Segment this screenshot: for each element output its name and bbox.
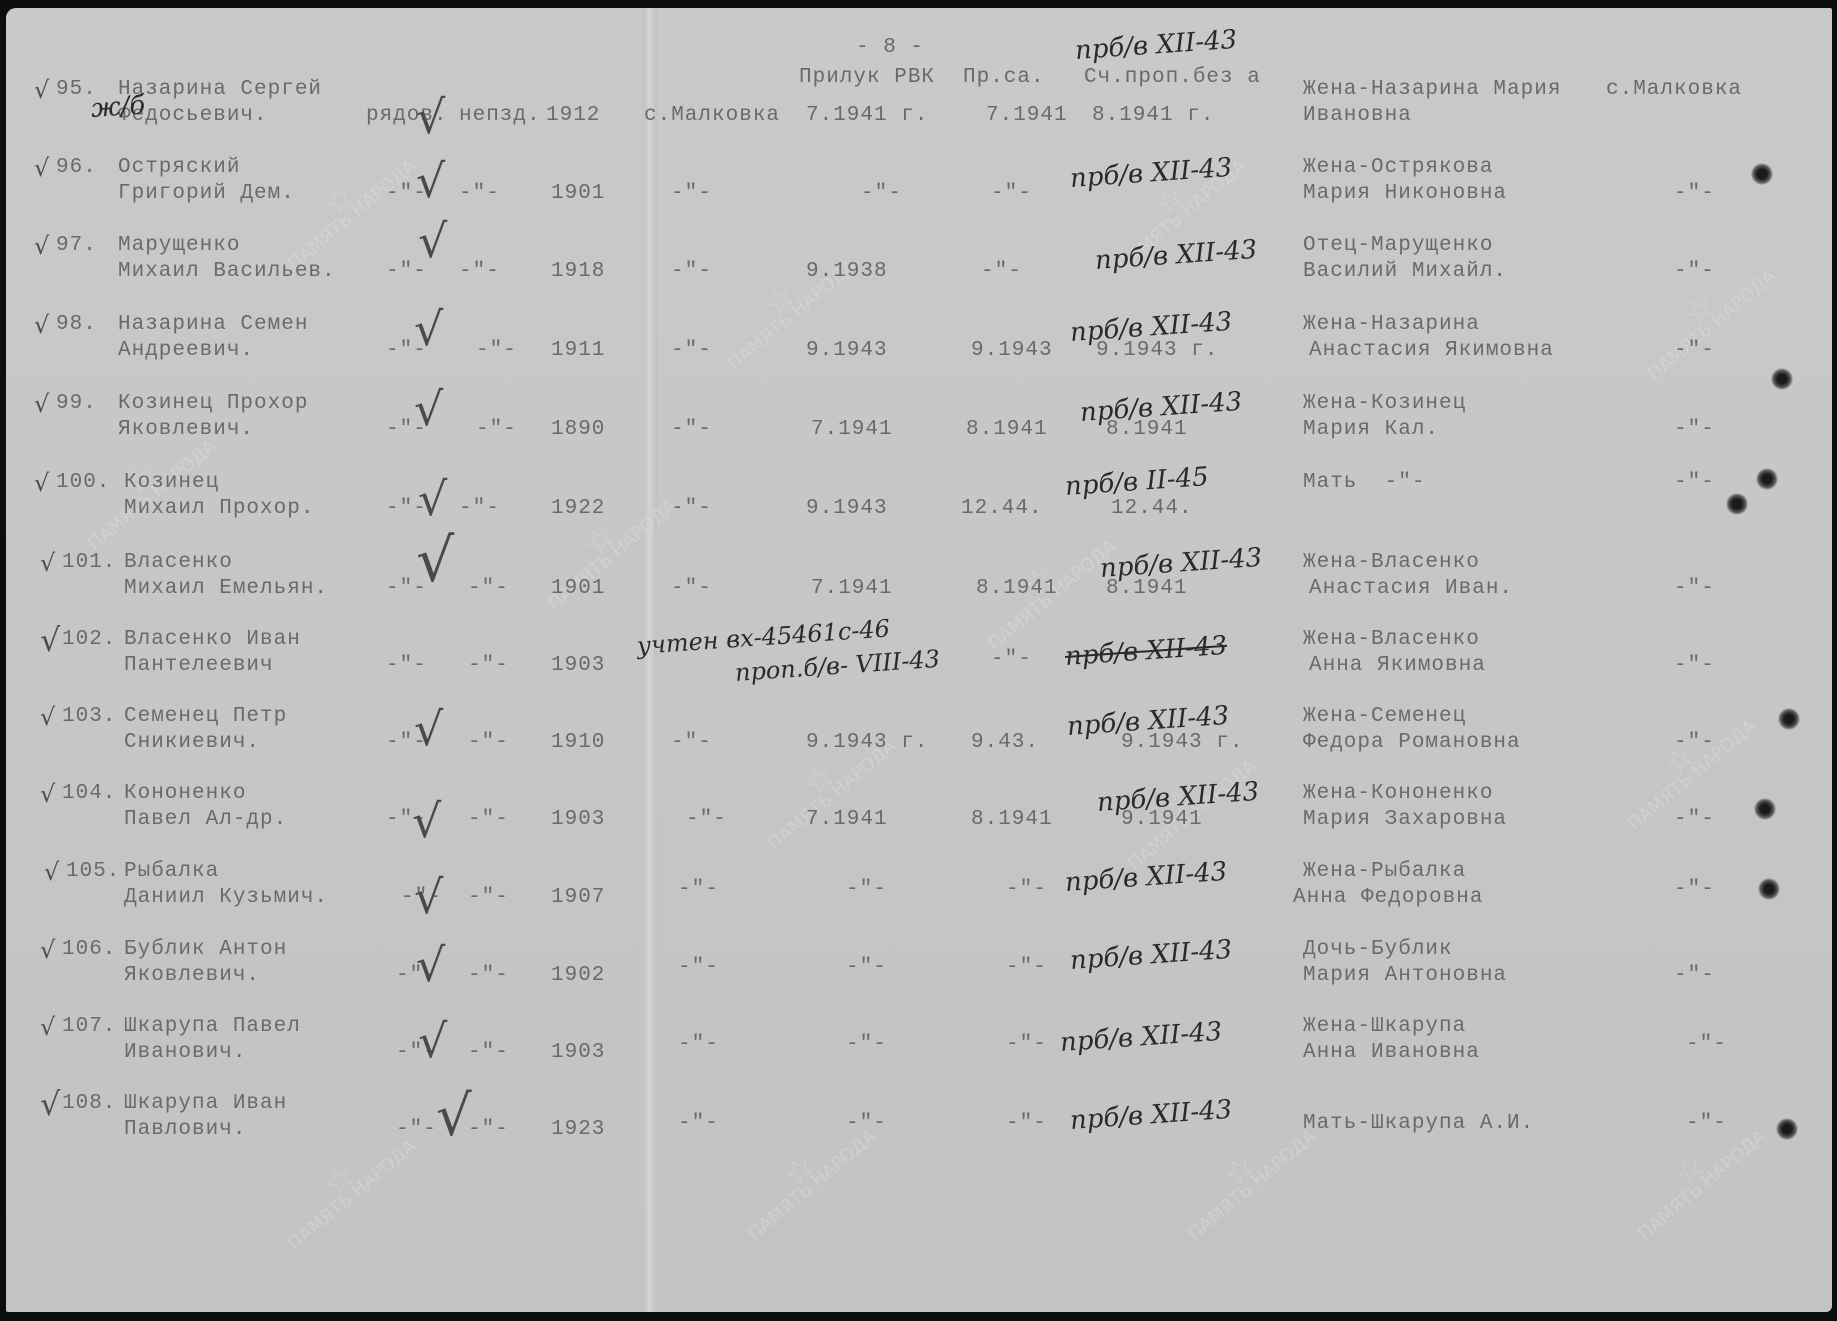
check-mark: √ [414,386,443,432]
row-tick-mark: √ [34,392,49,416]
date-called: 9.1943 г. [806,731,928,755]
rank: -"- [396,1118,437,1142]
birth-year: 1907 [551,886,605,910]
birth-year: 1918 [551,260,605,284]
handwritten-missing-note: проп.б/в- VIII-43 [734,646,941,686]
soldier-patronymic: Григорий Дем. [118,182,295,206]
watermark: ☆ПАМЯТЬ НАРОДА [1172,1111,1320,1245]
row-tick-mark: √ [34,313,49,337]
party: -"- [476,418,517,442]
soldier-name: Власенко Иван [124,628,301,652]
date-service: -"- [1006,1033,1047,1057]
row-tick-mark: √ [40,938,55,962]
relative-name: Жена-Власенко [1303,551,1480,575]
soldier-name: Шкарупа Иван [124,1092,287,1116]
soldier-name: Козинец Прохор [118,392,308,416]
soldier-name: Козинец [124,471,219,495]
birth-place: -"- [671,182,712,206]
birth-year: 1910 [551,731,605,755]
relative-name: Жена-Шкарупа [1303,1015,1466,1039]
soldier-name: Остряский [118,156,240,180]
date-service: -"- [981,260,1022,284]
date-service: 8.1941 [971,808,1053,832]
check-mark: √ [414,306,443,352]
handwritten-status: прб/в XII-43 [1074,27,1238,64]
soldier-patronymic: Михаил Прохор. [124,497,314,521]
birth-place: -"- [678,1112,719,1136]
row-number: 106. [62,938,116,962]
relative-name: Отец-Марущенко [1303,234,1493,258]
date-called: -"- [846,956,887,980]
soldier-patronymic: Даниил Кузьмич. [124,886,328,910]
row-tick-mark: √ [40,551,55,575]
soldier-patronymic: Пантелеевич [124,654,274,678]
soldier-name: Назарина Семен [118,313,308,337]
row-tick-mark: √ [34,156,49,180]
relative-address: -"- [1674,339,1715,363]
soldier-patronymic: Сникиевич. [124,731,260,755]
party: -"- [468,964,509,988]
birth-place: -"- [671,577,712,601]
date-called: -"- [861,182,902,206]
handwritten-status: прб/в II-45 [1064,464,1209,500]
relative-patronymic: Анна Федоровна [1293,886,1483,910]
relative-name: Жена-Семенец [1303,705,1466,729]
soldier-patronymic: Михаил Васильев. [118,260,336,284]
date-called: 7.1941 г. [806,104,928,128]
row-number: 107. [62,1015,116,1039]
birth-place: с.Малковка [644,104,780,128]
birth-year: 1890 [551,418,605,442]
soldier-name: Кононенко [124,782,246,806]
soldier-patronymic: Андреевич. [118,339,254,363]
date-service: -"- [1006,956,1047,980]
relative-patronymic: Мария Кал. [1303,418,1439,442]
relative-address: -"- [1674,731,1715,755]
page-number: - 8 - [856,36,924,60]
relative-address: -"- [1674,182,1715,206]
date-service: 12.44. [961,497,1043,521]
birth-place: -"- [671,731,712,755]
relative-patronymic: Анастасия Иван. [1309,577,1513,601]
relative-name: Жена-Острякова [1303,156,1493,180]
row-tick-mark: √ [40,1015,55,1039]
header-pr-sa: Пр.са. [963,66,1045,90]
soldier-patronymic: Михаил Емельян. [124,577,328,601]
relative-patronymic: Федора Романовна [1303,731,1521,755]
soldier-patronymic: Павел Ал-др. [124,808,287,832]
check-mark: √ [414,706,443,752]
relative-patronymic: Мария Никоновна [1303,182,1507,206]
relative-name: Мать-Шкарупа А.И. [1303,1112,1534,1136]
party: -"- [468,577,509,601]
header-sch-propal: Сч.проп.без а [1084,66,1261,90]
soldier-name: Шкарупа Павел [124,1015,301,1039]
date-called: -"- [846,1033,887,1057]
relative-address: -"- [1686,1112,1727,1136]
soldier-name: Семенец Петр [124,705,287,729]
birth-year: 1901 [551,577,605,601]
relative-patronymic: Мария Захаровна [1303,808,1507,832]
relative-address: -"- [1674,577,1715,601]
watermark: ☆ПАМЯТЬ НАРОДА [272,141,420,275]
soldier-patronymic: Яковлевич. [118,418,254,442]
date-service: 8.1941 [966,418,1048,442]
relative-name: Мать -"- [1303,471,1425,495]
party: -"- [468,886,509,910]
soldier-name: Власенко [124,551,233,575]
row-number: 102. [62,628,116,652]
relative-address: -"- [1674,964,1715,988]
rank: -"- [386,654,427,678]
birth-year: 1911 [551,339,605,363]
date-service: 7.1941 [986,104,1068,128]
relative-address: с.Малковка [1606,78,1742,102]
row-tick-mark: √ [40,1092,60,1116]
handwritten-status: прб/в XII-43 [1069,1097,1233,1134]
party: -"- [468,808,509,832]
birth-year: 1903 [551,654,605,678]
handwritten-note: ж/б [90,92,146,122]
relative-address: -"- [1674,654,1715,678]
party: -"- [476,339,517,363]
relative-address: -"- [1674,260,1715,284]
paper-hole [1771,368,1793,390]
birth-place: -"- [671,418,712,442]
row-number: 97. [56,234,97,258]
paper-hole [1726,493,1748,515]
birth-year: 1922 [551,497,605,521]
relative-name: Жена-Кононенко [1303,782,1493,806]
party: -"- [459,497,500,521]
party: -"- [468,654,509,678]
soldier-patronymic: Иванович. [124,1041,246,1065]
relative-address: -"- [1674,808,1715,832]
date-called: 9.1943 [806,497,888,521]
check-mark: √ [416,158,445,204]
relative-patronymic: Анна Ивановна [1303,1041,1480,1065]
paper-hole [1751,163,1773,185]
relative-address: -"- [1686,1033,1727,1057]
row-tick-mark: √ [34,471,49,495]
check-mark: √ [416,538,454,584]
row-number: 101. [62,551,116,575]
handwritten-status: прб/в XII-43 [1096,779,1260,816]
check-mark: √ [418,1018,447,1064]
birth-year: 1923 [551,1118,605,1142]
birth-place: -"- [671,260,712,284]
soldier-name: Бублик Антон [124,938,287,962]
check-mark: √ [418,476,447,522]
relative-patronymic: Ивановна [1303,104,1412,128]
relative-patronymic: Василий Михайл. [1303,260,1507,284]
check-mark: √ [412,798,441,844]
party: -"- [468,1118,509,1142]
relative-name: Жена-Назарина Мария [1303,78,1561,102]
row-tick-mark: √ [40,782,55,806]
birth-year: 1901 [551,182,605,206]
party: -"- [459,260,500,284]
date-called: -"- [846,1112,887,1136]
birth-place: -"- [686,808,727,832]
birth-place: -"- [678,878,719,902]
relative-name: Жена-Назарина [1303,313,1480,337]
soldier-name: Рыбалка [124,860,219,884]
relative-address: -"- [1674,878,1715,902]
relative-address: -"- [1674,418,1715,442]
relative-address: -"- [1674,471,1715,495]
check-mark: √ [418,218,447,264]
row-number: 98. [56,313,97,337]
party: -"- [468,1041,509,1065]
relative-patronymic: Мария Антоновна [1303,964,1507,988]
row-tick-mark: √ [34,78,49,102]
date-called: 9.1943 [806,339,888,363]
soldier-name: Марущенко [118,234,240,258]
row-number: 103. [62,705,116,729]
relative-name: Жена-Рыбалка [1303,860,1466,884]
paper-hole [1776,1118,1798,1140]
date-called: 7.1941 [806,808,888,832]
paper-hole [1758,878,1780,900]
birth-year: 1903 [551,808,605,832]
relative-name: Дочь-Бублик [1303,938,1453,962]
birth-place: -"- [671,339,712,363]
party: -"- [459,182,500,206]
date-service: 8.1941 [976,577,1058,601]
check-mark: √ [414,874,443,920]
relative-name: Жена-Козинец [1303,392,1466,416]
date-service: -"- [1006,878,1047,902]
handwritten-status: прб/в XII-43 [1069,937,1233,974]
date-service: -"- [1006,1112,1047,1136]
row-number: 105. [66,860,120,884]
row-number: 104. [62,782,116,806]
row-number: 100. [56,471,110,495]
paper-hole [1756,468,1778,490]
handwritten-status: прб/в XII-43 [1099,545,1263,582]
handwritten-status: прб/в XII-43 [1079,389,1243,426]
date-called: 9.1938 [806,260,888,284]
date-service: -"- [991,182,1032,206]
date-service: 9.1943 [971,339,1053,363]
soldier-patronymic: Яковлевич. [124,964,260,988]
handwritten-status: прб/в XII-43 [1059,1019,1223,1056]
date-missing: 12.44. [1111,497,1193,521]
birth-place: -"- [671,497,712,521]
party: непзд. [459,104,541,128]
birth-year: 1903 [551,1041,605,1065]
relative-patronymic: Анастасия Якимовна [1309,339,1554,363]
handwritten-status: прб/в XII-43 [1064,859,1228,896]
paper-hole [1754,798,1776,820]
row-tick-mark: √ [34,234,49,258]
soldier-patronymic: Павлович. [124,1118,246,1142]
check-mark: √ [436,1094,472,1140]
row-number: 108. [62,1092,116,1116]
date-called: -"- [846,878,887,902]
birth-year: 1912 [546,104,600,128]
paper-hole [1778,708,1800,730]
relative-name: Жена-Власенко [1303,628,1480,652]
row-number: 96. [56,156,97,180]
handwritten-status-struck: прб/в XII-43 [1064,633,1228,670]
party: -"- [468,731,509,755]
date-called: 7.1941 [811,577,893,601]
check-mark: √ [416,942,445,988]
date-service: 9.43. [971,731,1039,755]
birth-place: -"- [678,956,719,980]
row-tick-mark: √ [44,860,59,884]
date-called: 7.1941 [811,418,893,442]
page-fold [643,8,657,1312]
relative-patronymic: Анна Якимовна [1309,654,1486,678]
header-prilluk-rvk: Прилук РВК [799,66,935,90]
birth-year: 1902 [551,964,605,988]
row-tick-mark: √ [40,628,60,652]
row-number: 99. [56,392,97,416]
document-page: ☆ПАМЯТЬ НАРОДА ☆ПАМЯТЬ НАРОДА ☆ПАМЯТЬ НА… [6,8,1832,1312]
date-service: -"- [991,648,1032,672]
row-tick-mark: √ [40,705,55,729]
birth-place: -"- [678,1033,719,1057]
check-mark: √ [416,94,445,140]
soldier-name: Назарина Сергей [118,78,322,102]
date-missing: 8.1941 г. [1092,104,1214,128]
